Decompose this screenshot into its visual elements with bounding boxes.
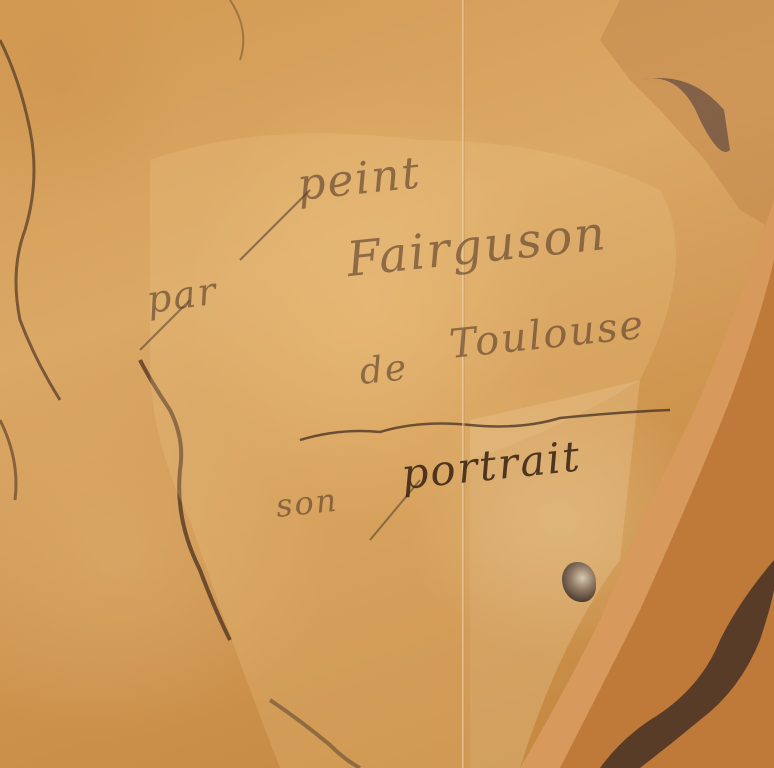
inscription-word-son: son bbox=[274, 481, 340, 525]
paper-crease bbox=[462, 0, 465, 768]
aged-paper-photo: peint par Fairguson de Toulouse son port… bbox=[0, 0, 774, 768]
inscription-word-de: de bbox=[358, 347, 410, 393]
